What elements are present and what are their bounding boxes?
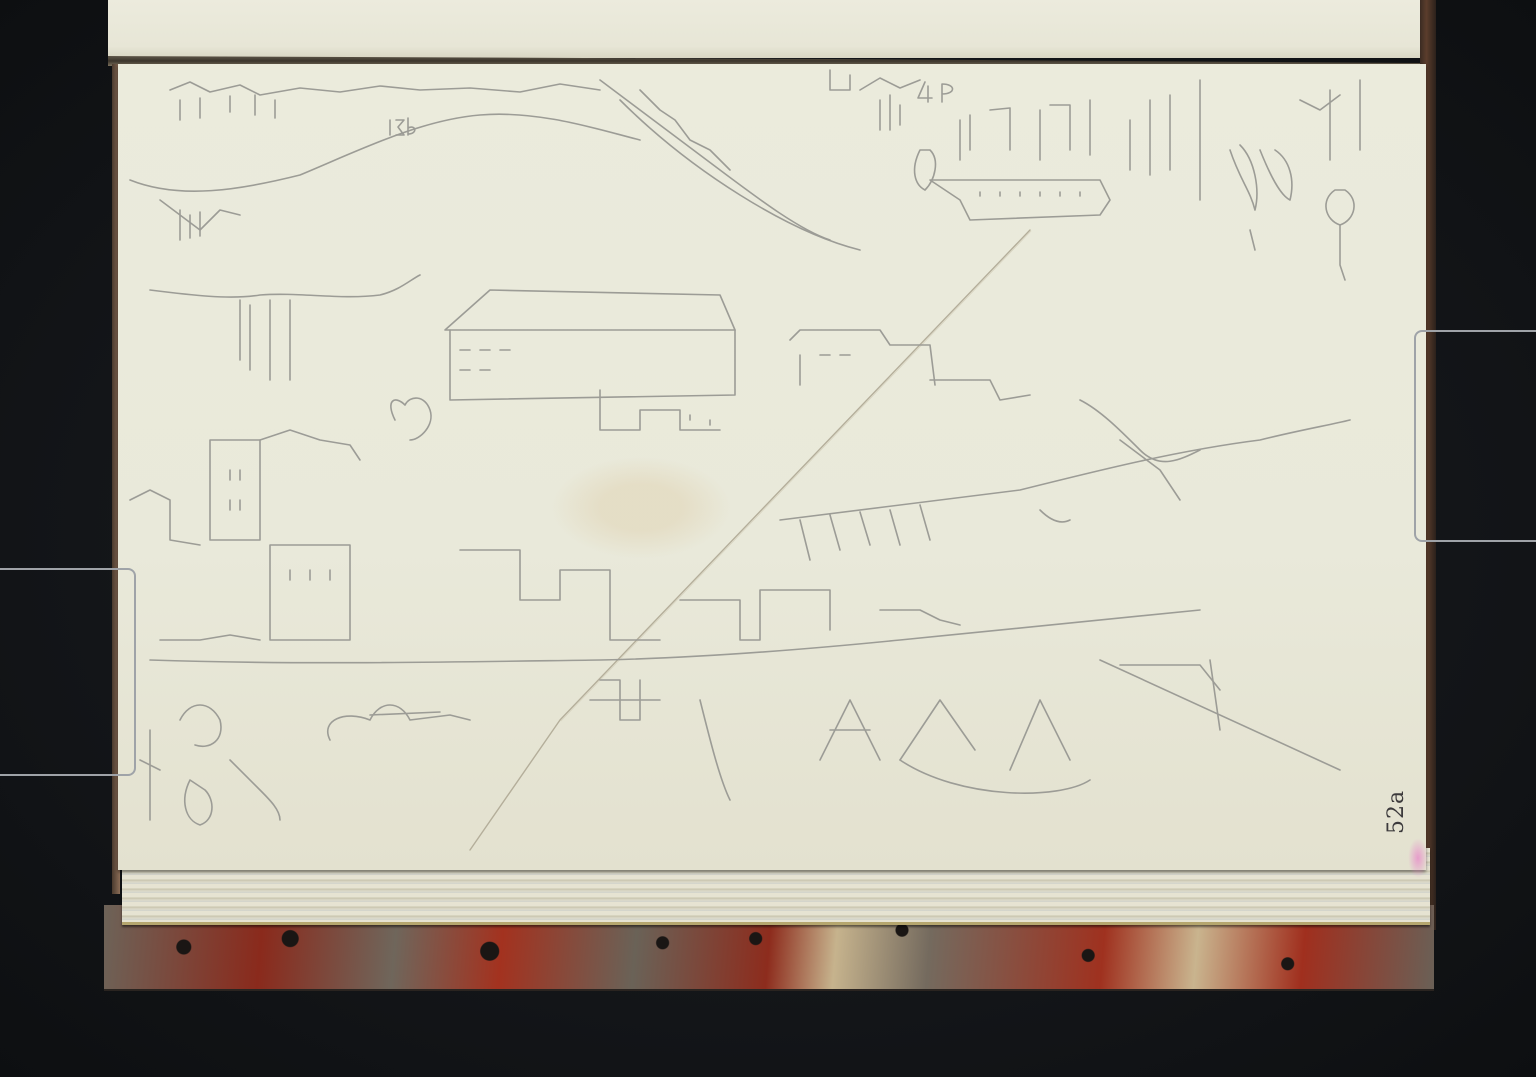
sketchbook-page (118, 64, 1426, 870)
previous-page-strip (108, 0, 1424, 58)
metal-page-clip-left (0, 568, 136, 776)
folio-number: 52a (1384, 790, 1409, 834)
metal-page-clip-right (1414, 330, 1536, 542)
pink-stamp-mark (1408, 838, 1428, 878)
